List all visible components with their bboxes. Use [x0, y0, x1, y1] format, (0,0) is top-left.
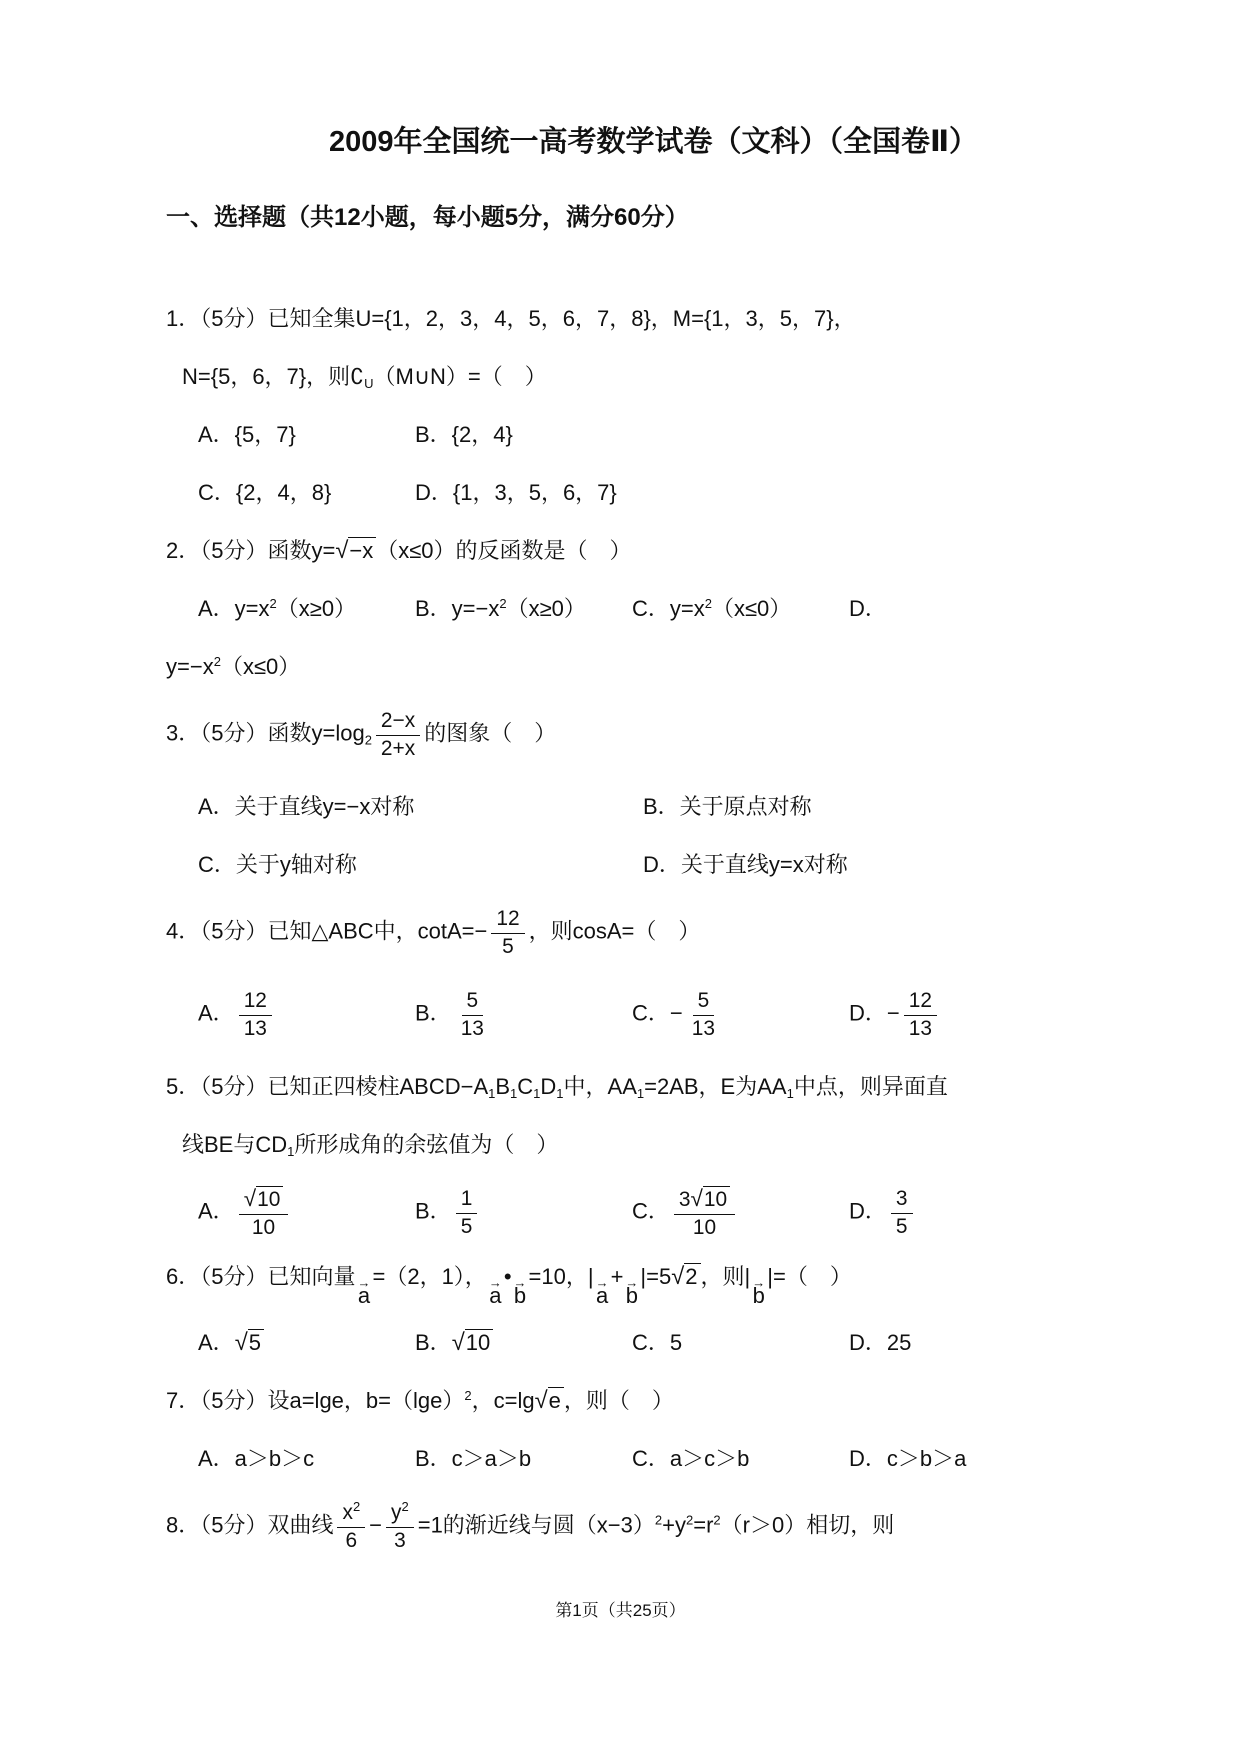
sqrt: √e	[535, 1388, 564, 1413]
fraction: 35	[891, 1186, 913, 1239]
fraction-numerator: 12	[904, 988, 937, 1015]
fraction-numerator: 3√10	[674, 1185, 735, 1214]
option-content: B．关于原点对称	[643, 790, 812, 821]
fraction: 1213	[904, 988, 937, 1041]
fraction-numerator: y2	[386, 1500, 414, 1527]
fraction: 15	[456, 1186, 478, 1239]
question-line: 线BE与CD1所形成角的余弦值为（ ）	[166, 1114, 1141, 1172]
option-row: A．a＞b＞cB．c＞a＞bC．a＞c＞bD．c＞b＞a	[166, 1428, 1141, 1486]
vector-letter: b	[626, 1287, 638, 1306]
vector-letter: a	[358, 1287, 370, 1306]
option: A．y=x2（x≥0）	[198, 592, 415, 623]
radical-sign: √	[452, 1329, 465, 1356]
question-line: 2．（5分）函数y=√−x（x≤0）的反函数是（ ）	[166, 520, 1141, 578]
option-content: A．√5	[198, 1326, 264, 1357]
option: D．25	[849, 1326, 911, 1357]
option-row: C．{2，4，8}D．{1，3，5，6，7}	[166, 462, 1141, 520]
radicand: −x	[348, 537, 376, 564]
fraction-numerator: 12	[491, 906, 524, 933]
fraction: y23	[386, 1500, 414, 1553]
line-content: 3．（5分）函数y=log22−x2+x的图象（ ）	[166, 708, 556, 761]
page-footer: 第1页（共25页）	[0, 1596, 1241, 1621]
superscript: 2	[499, 596, 506, 611]
fraction-denominator: 5	[891, 1214, 913, 1240]
option: B．{2，4}	[415, 418, 513, 449]
vector: →a	[489, 1277, 502, 1306]
radical-sign: √	[335, 537, 348, 564]
subscript: 1	[533, 1086, 540, 1101]
line-content: 线BE与CD1所形成角的余弦值为（ ）	[182, 1128, 558, 1159]
radicand: 10	[703, 1186, 730, 1212]
superscript: 2	[464, 1388, 471, 1403]
option-content: A．√1010	[198, 1185, 292, 1240]
option: A．{5，7}	[198, 418, 415, 449]
line-content: 1．（5分）已知全集U={1，2，3，4，5，6，7，8}，M={1，3，5，7…	[166, 302, 856, 333]
question: 3．（5分）函数y=log22−x2+x的图象（ ）A．关于直线y=−x对称B．…	[166, 694, 1141, 892]
question: 5．（5分）已知正四棱柱ABCD−A1B1C1D1中，AA1=2AB，E为AA1…	[166, 1056, 1141, 1254]
vector-letter: a	[489, 1287, 501, 1306]
option-content: C．−513	[632, 988, 724, 1041]
vector-letter: b	[514, 1287, 526, 1306]
line-content: y=−x2（x≤0）	[166, 650, 300, 681]
question-line: 5．（5分）已知正四棱柱ABCD−A1B1C1D1中，AA1=2AB，E为AA1…	[166, 1056, 1141, 1114]
option: A．√1010	[198, 1185, 415, 1240]
fraction-numerator: 3	[891, 1186, 913, 1213]
question-line: 1．（5分）已知全集U={1，2，3，4，5，6，7，8}，M={1，3，5，7…	[166, 288, 1141, 346]
option-content: D．{1，3，5，6，7}	[415, 476, 617, 507]
radical-sign: √	[235, 1329, 248, 1356]
line-content: 6．（5分）已知向量→a=（2，1），→a•→b=10，|→a+→b|=5√2，…	[166, 1260, 852, 1306]
fraction-denominator: 13	[687, 1016, 720, 1042]
line-content: 2．（5分）函数y=√−x（x≤0）的反函数是（ ）	[166, 534, 632, 565]
option: A．a＞b＞c	[198, 1442, 415, 1473]
vector: →b	[625, 1277, 638, 1306]
line-content: 8．（5分）双曲线x26−y23=1的渐近线与圆（x−3）2+y2=r2（r＞0…	[166, 1500, 894, 1553]
sqrt: √2	[671, 1264, 700, 1289]
option-row: A．√1010B．15C．3√1010D．35	[166, 1172, 1141, 1254]
superscript: 2	[401, 1499, 408, 1514]
sqrt: √10	[244, 1188, 284, 1211]
superscript: 2	[353, 1499, 360, 1514]
option-content: C．关于y轴对称	[198, 848, 357, 879]
option-content: B．√10	[415, 1326, 493, 1357]
subscript: 1	[787, 1086, 794, 1101]
question: 4．（5分）已知△ABC中，cotA=−125，则cosA=（ ）A．1213B…	[166, 892, 1141, 1056]
fraction-numerator: x2	[337, 1500, 365, 1527]
option-content: D．35	[849, 1186, 917, 1239]
document-page: 2009年全国统一高考数学试卷（文科）（全国卷Ⅱ） 一、选择题（共12小题，每小…	[0, 0, 1241, 1568]
option-content: B．c＞a＞b	[415, 1442, 531, 1473]
line-content: 5．（5分）已知正四棱柱ABCD−A1B1C1D1中，AA1=2AB，E为AA1…	[166, 1070, 948, 1101]
option-content: D．	[849, 592, 887, 623]
line-content: N={5，6，7}，则∁U（M∪N）=（ ）	[182, 360, 547, 391]
radicand: e	[548, 1387, 564, 1414]
fraction-denominator: 13	[239, 1016, 272, 1042]
option-content: B．15	[415, 1186, 481, 1239]
option-content: B．y=−x2（x≥0）	[415, 592, 586, 623]
option-content: D．−1213	[849, 988, 941, 1041]
option: B．关于原点对称	[643, 790, 812, 821]
question-line: 3．（5分）函数y=log22−x2+x的图象（ ）	[166, 694, 1141, 776]
option-row: A．√5B．√10C．5D．25	[166, 1312, 1141, 1370]
fraction: 3√1010	[674, 1185, 735, 1240]
fraction: x26	[337, 1500, 365, 1553]
fraction: 513	[456, 988, 489, 1041]
radicand: 5	[248, 1329, 264, 1356]
fraction-denominator: 2+x	[376, 736, 420, 762]
fraction-denominator: 6	[341, 1528, 363, 1554]
question-line: 8．（5分）双曲线x26−y23=1的渐近线与圆（x−3）2+y2=r2（r＞0…	[166, 1486, 1141, 1568]
option-content: C．a＞c＞b	[632, 1442, 749, 1473]
option-content: C．5	[632, 1326, 682, 1357]
fraction-numerator: 5	[693, 988, 715, 1015]
option: D．−1213	[849, 988, 941, 1041]
fraction: √1010	[239, 1185, 289, 1240]
superscript: 2	[214, 654, 221, 669]
option: D．35	[849, 1186, 917, 1239]
fraction-denominator: 13	[904, 1016, 937, 1042]
option-content: A．a＞b＞c	[198, 1442, 314, 1473]
subscript: 1	[287, 1144, 294, 1159]
option: C．y=x2（x≤0）	[632, 592, 849, 623]
superscript: 2	[713, 1513, 720, 1528]
fraction-numerator: √10	[239, 1185, 289, 1214]
fraction: 125	[491, 906, 524, 959]
question: 2．（5分）函数y=√−x（x≤0）的反函数是（ ）A．y=x2（x≥0）B．y…	[166, 520, 1141, 694]
fraction-denominator: 10	[688, 1215, 721, 1241]
question-list: 1．（5分）已知全集U={1，2，3，4，5，6，7，8}，M={1，3，5，7…	[166, 288, 1141, 1568]
line-content: 7．（5分）设a=lge，b=（lge）2，c=lg√e，则（ ）	[166, 1384, 674, 1415]
radical-sign: √	[671, 1263, 684, 1290]
vector-letter: b	[753, 1287, 765, 1306]
radicand: 2	[684, 1263, 700, 1290]
sqrt: √10	[691, 1188, 731, 1211]
option-content: B．{2，4}	[415, 418, 513, 449]
sqrt: √−x	[335, 538, 376, 563]
option-content: A．y=x2（x≥0）	[198, 592, 356, 623]
option: D．	[849, 592, 887, 623]
sqrt: √5	[235, 1330, 264, 1355]
vector: →b	[752, 1277, 765, 1306]
option: C．5	[632, 1326, 849, 1357]
option-row: A．关于直线y=−x对称B．关于原点对称	[166, 776, 1141, 834]
fraction-denominator: 3	[389, 1528, 411, 1554]
page-title: 2009年全国统一高考数学试卷（文科）（全国卷Ⅱ）	[166, 122, 1141, 162]
option-row: A．y=x2（x≥0）B．y=−x2（x≥0）C．y=x2（x≤0）D．	[166, 578, 1141, 636]
option-row: A．1213B．513C．−513D．−1213	[166, 974, 1141, 1056]
fraction-numerator: 1	[456, 1186, 478, 1213]
fraction-denominator: 5	[497, 934, 519, 960]
question: 7．（5分）设a=lge，b=（lge）2，c=lg√e，则（ ）A．a＞b＞c…	[166, 1370, 1141, 1486]
option: D．关于直线y=x对称	[643, 848, 848, 879]
vector: →a	[357, 1277, 370, 1306]
question: 6．（5分）已知向量→a=（2，1），→a•→b=10，|→a+→b|=5√2，…	[166, 1254, 1141, 1370]
option: B．513	[415, 988, 632, 1041]
option-content: D．25	[849, 1326, 911, 1357]
option-content: D．关于直线y=x对称	[643, 848, 848, 879]
question: 8．（5分）双曲线x26−y23=1的渐近线与圆（x−3）2+y2=r2（r＞0…	[166, 1486, 1141, 1568]
superscript: 2	[270, 596, 277, 611]
radicand: 10	[465, 1329, 493, 1356]
fraction-denominator: 13	[456, 1016, 489, 1042]
fraction-denominator: 10	[247, 1215, 280, 1241]
option-content: C．3√1010	[632, 1185, 739, 1240]
vector: →b	[514, 1277, 527, 1306]
option-row: A．{5，7}B．{2，4}	[166, 404, 1141, 462]
radical-sign: √	[244, 1186, 256, 1211]
fraction-denominator: 5	[456, 1214, 478, 1240]
subscript: 2	[365, 733, 372, 748]
fraction: 1213	[239, 988, 272, 1041]
line-content: 4．（5分）已知△ABC中，cotA=−125，则cosA=（ ）	[166, 906, 700, 959]
subscript: 1	[488, 1086, 495, 1101]
option-content: A．1213	[198, 988, 276, 1041]
question-line: 4．（5分）已知△ABC中，cotA=−125，则cosA=（ ）	[166, 892, 1141, 974]
option-content: D．c＞b＞a	[849, 1442, 966, 1473]
section-heading: 一、选择题（共12小题，每小题5分，满分60分）	[166, 202, 1141, 234]
option-content: A．{5，7}	[198, 418, 296, 449]
option: B．15	[415, 1186, 632, 1239]
radicand: 10	[256, 1186, 283, 1212]
option: C．a＞c＞b	[632, 1442, 849, 1473]
fraction: 2−x2+x	[376, 708, 420, 761]
superscript: 2	[705, 596, 712, 611]
option: A．关于直线y=−x对称	[198, 790, 643, 821]
option: B．c＞a＞b	[415, 1442, 632, 1473]
question-line: N={5，6，7}，则∁U（M∪N）=（ ）	[166, 346, 1141, 404]
option: C．3√1010	[632, 1185, 849, 1240]
vector: →a	[596, 1277, 609, 1306]
fraction-numerator: 2−x	[376, 708, 420, 735]
fraction-numerator: 5	[462, 988, 484, 1015]
option: C．关于y轴对称	[198, 848, 643, 879]
radical-sign: √	[535, 1387, 548, 1414]
vector-letter: a	[596, 1287, 608, 1306]
question: 1．（5分）已知全集U={1，2，3，4，5，6，7，8}，M={1，3，5，7…	[166, 288, 1141, 520]
fraction: 513	[687, 988, 720, 1041]
option-content: B．513	[415, 988, 493, 1041]
option: B．√10	[415, 1326, 632, 1357]
option: B．y=−x2（x≥0）	[415, 592, 632, 623]
option: A．1213	[198, 988, 415, 1041]
option-content: C．y=x2（x≤0）	[632, 592, 791, 623]
radical-sign: √	[691, 1186, 703, 1211]
option: C．−513	[632, 988, 849, 1041]
option-content: A．关于直线y=−x对称	[198, 790, 414, 821]
subscript: 1	[510, 1086, 517, 1101]
option: C．{2，4，8}	[198, 476, 415, 507]
superscript: 2	[686, 1513, 693, 1528]
superscript: 2	[655, 1513, 662, 1528]
option: D．{1，3，5，6，7}	[415, 476, 617, 507]
question-line: 6．（5分）已知向量→a=（2，1），→a•→b=10，|→a+→b|=5√2，…	[166, 1254, 1141, 1312]
sqrt: √10	[452, 1330, 494, 1355]
subscript: 1	[556, 1086, 563, 1101]
option: A．√5	[198, 1326, 415, 1357]
question-line: y=−x2（x≤0）	[166, 636, 1141, 694]
option-content: C．{2，4，8}	[198, 476, 331, 507]
fraction-numerator: 12	[239, 988, 272, 1015]
option-row: C．关于y轴对称D．关于直线y=x对称	[166, 834, 1141, 892]
subscript: U	[364, 376, 373, 391]
option: D．c＞b＞a	[849, 1442, 966, 1473]
subscript: 1	[637, 1086, 644, 1101]
question-line: 7．（5分）设a=lge，b=（lge）2，c=lg√e，则（ ）	[166, 1370, 1141, 1428]
